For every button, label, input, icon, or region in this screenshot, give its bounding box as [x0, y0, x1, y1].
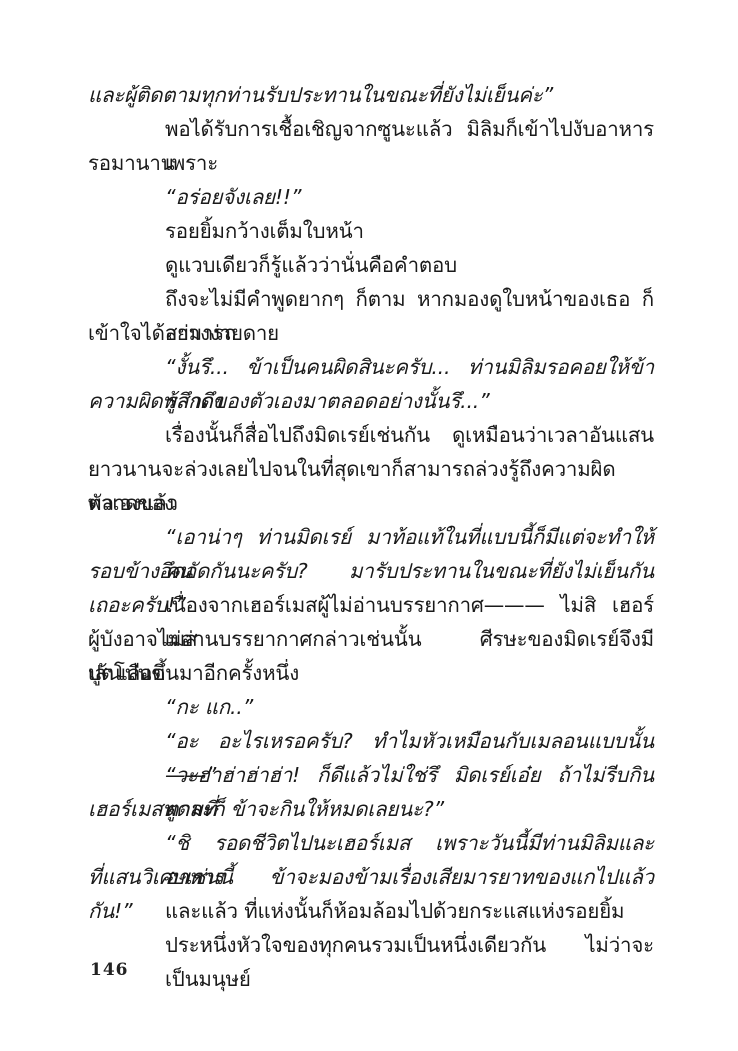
text-line-12: ยาวนานจะล่วงเลยไปจนในที่สุดเขาก็สามารถล่…	[88, 452, 654, 486]
text-line-3: รอมานาน	[88, 146, 654, 180]
text-line-24: ที่แสนวิเศษเช่นนี้ ข้าจะมองข้ามเรื่องเสี…	[88, 860, 654, 894]
text-line-2: พอได้รับการเชื้อเชิญจากซูนะแล้ว มิลิมก็เ…	[88, 112, 654, 146]
text-line-8: เข้าใจได้อย่างง่ายดาย	[88, 316, 654, 350]
text-line-5: รอยยิ้มกว้างเต็มใบหน้า	[88, 214, 654, 248]
text-line-7: ถึงจะไม่มีคำพูดยากๆ ก็ตาม หากมองดูใบหน้า…	[88, 282, 654, 316]
text-line-10: ความผิดพลาดของตัวเองมาตลอดอย่างนั้นรึ...…	[88, 384, 654, 418]
text-line-6: ดูแวบเดียวก็รู้แล้วว่านั่นคือคำตอบ	[88, 248, 654, 282]
text-line-1: และผู้ติดตามทุกท่านรับประทานในขณะที่ยังไ…	[88, 78, 654, 112]
page-number: 146	[90, 960, 129, 980]
text-line-11: เรื่องนั้นก็สื่อไปถึงมิดเรย์เช่นกัน ดูเห…	[88, 418, 654, 452]
text-line-20: “อะ อะไรเหรอครับ? ทำไมหัวเหมือนกับเมลอนแ…	[88, 724, 654, 758]
text-line-17: ผู้บังอาจไม่อ่านบรรยากาศกล่าวเช่นนั้น ศี…	[88, 622, 654, 656]
text-line-19: “กะ แก..”	[88, 690, 654, 724]
text-line-22: เฮอร์เมสพูดละก็ ข้าจะกินให้หมดเลยนะ?”	[88, 792, 654, 826]
text-line-4: “อร่อยจังเลย!!”	[88, 180, 654, 214]
text-line-16: เนื่องจากเฮอร์เมสผู้ไม่อ่านบรรยากาศ——— ไ…	[88, 588, 654, 622]
text-line-15: รอบข้างอึดอัดกันนะครับ? มารับประทานในขณะ…	[88, 554, 654, 588]
text-line-13: ตัวเองแล้ว	[88, 486, 654, 520]
text-line-18: ปูดโปนขึ้นมาอีกครั้งหนึ่ง	[88, 656, 654, 690]
text-line-26: ประหนึ่งหัวใจของทุกคนรวมเป็นหนึ่งเดียวกั…	[88, 928, 654, 962]
text-line-21: “วะฮ่าฮ่าฮ่าฮ่า! ก็ดีแล้วไม่ใช่รึ มิดเรย…	[88, 758, 654, 792]
text-line-9: “งั้นรึ... ข้าเป็นคนผิดสินะครับ... ท่านม…	[88, 350, 654, 384]
text-line-23: “ชิ รอดชีวิตไปนะเฮอร์เมส เพราะวันนี้มีท่…	[88, 826, 654, 860]
book-page-text: และผู้ติดตามทุกท่านรับประทานในขณะที่ยังไ…	[88, 78, 654, 962]
text-line-25: และแล้ว ที่แห่งนั้นก็ห้อมล้อมไปด้วยกระแส…	[88, 894, 654, 928]
text-line-14: “เอาน่าๆ ท่านมิดเรย์ มาท้อแท้ในที่แบบนี้…	[88, 520, 654, 554]
